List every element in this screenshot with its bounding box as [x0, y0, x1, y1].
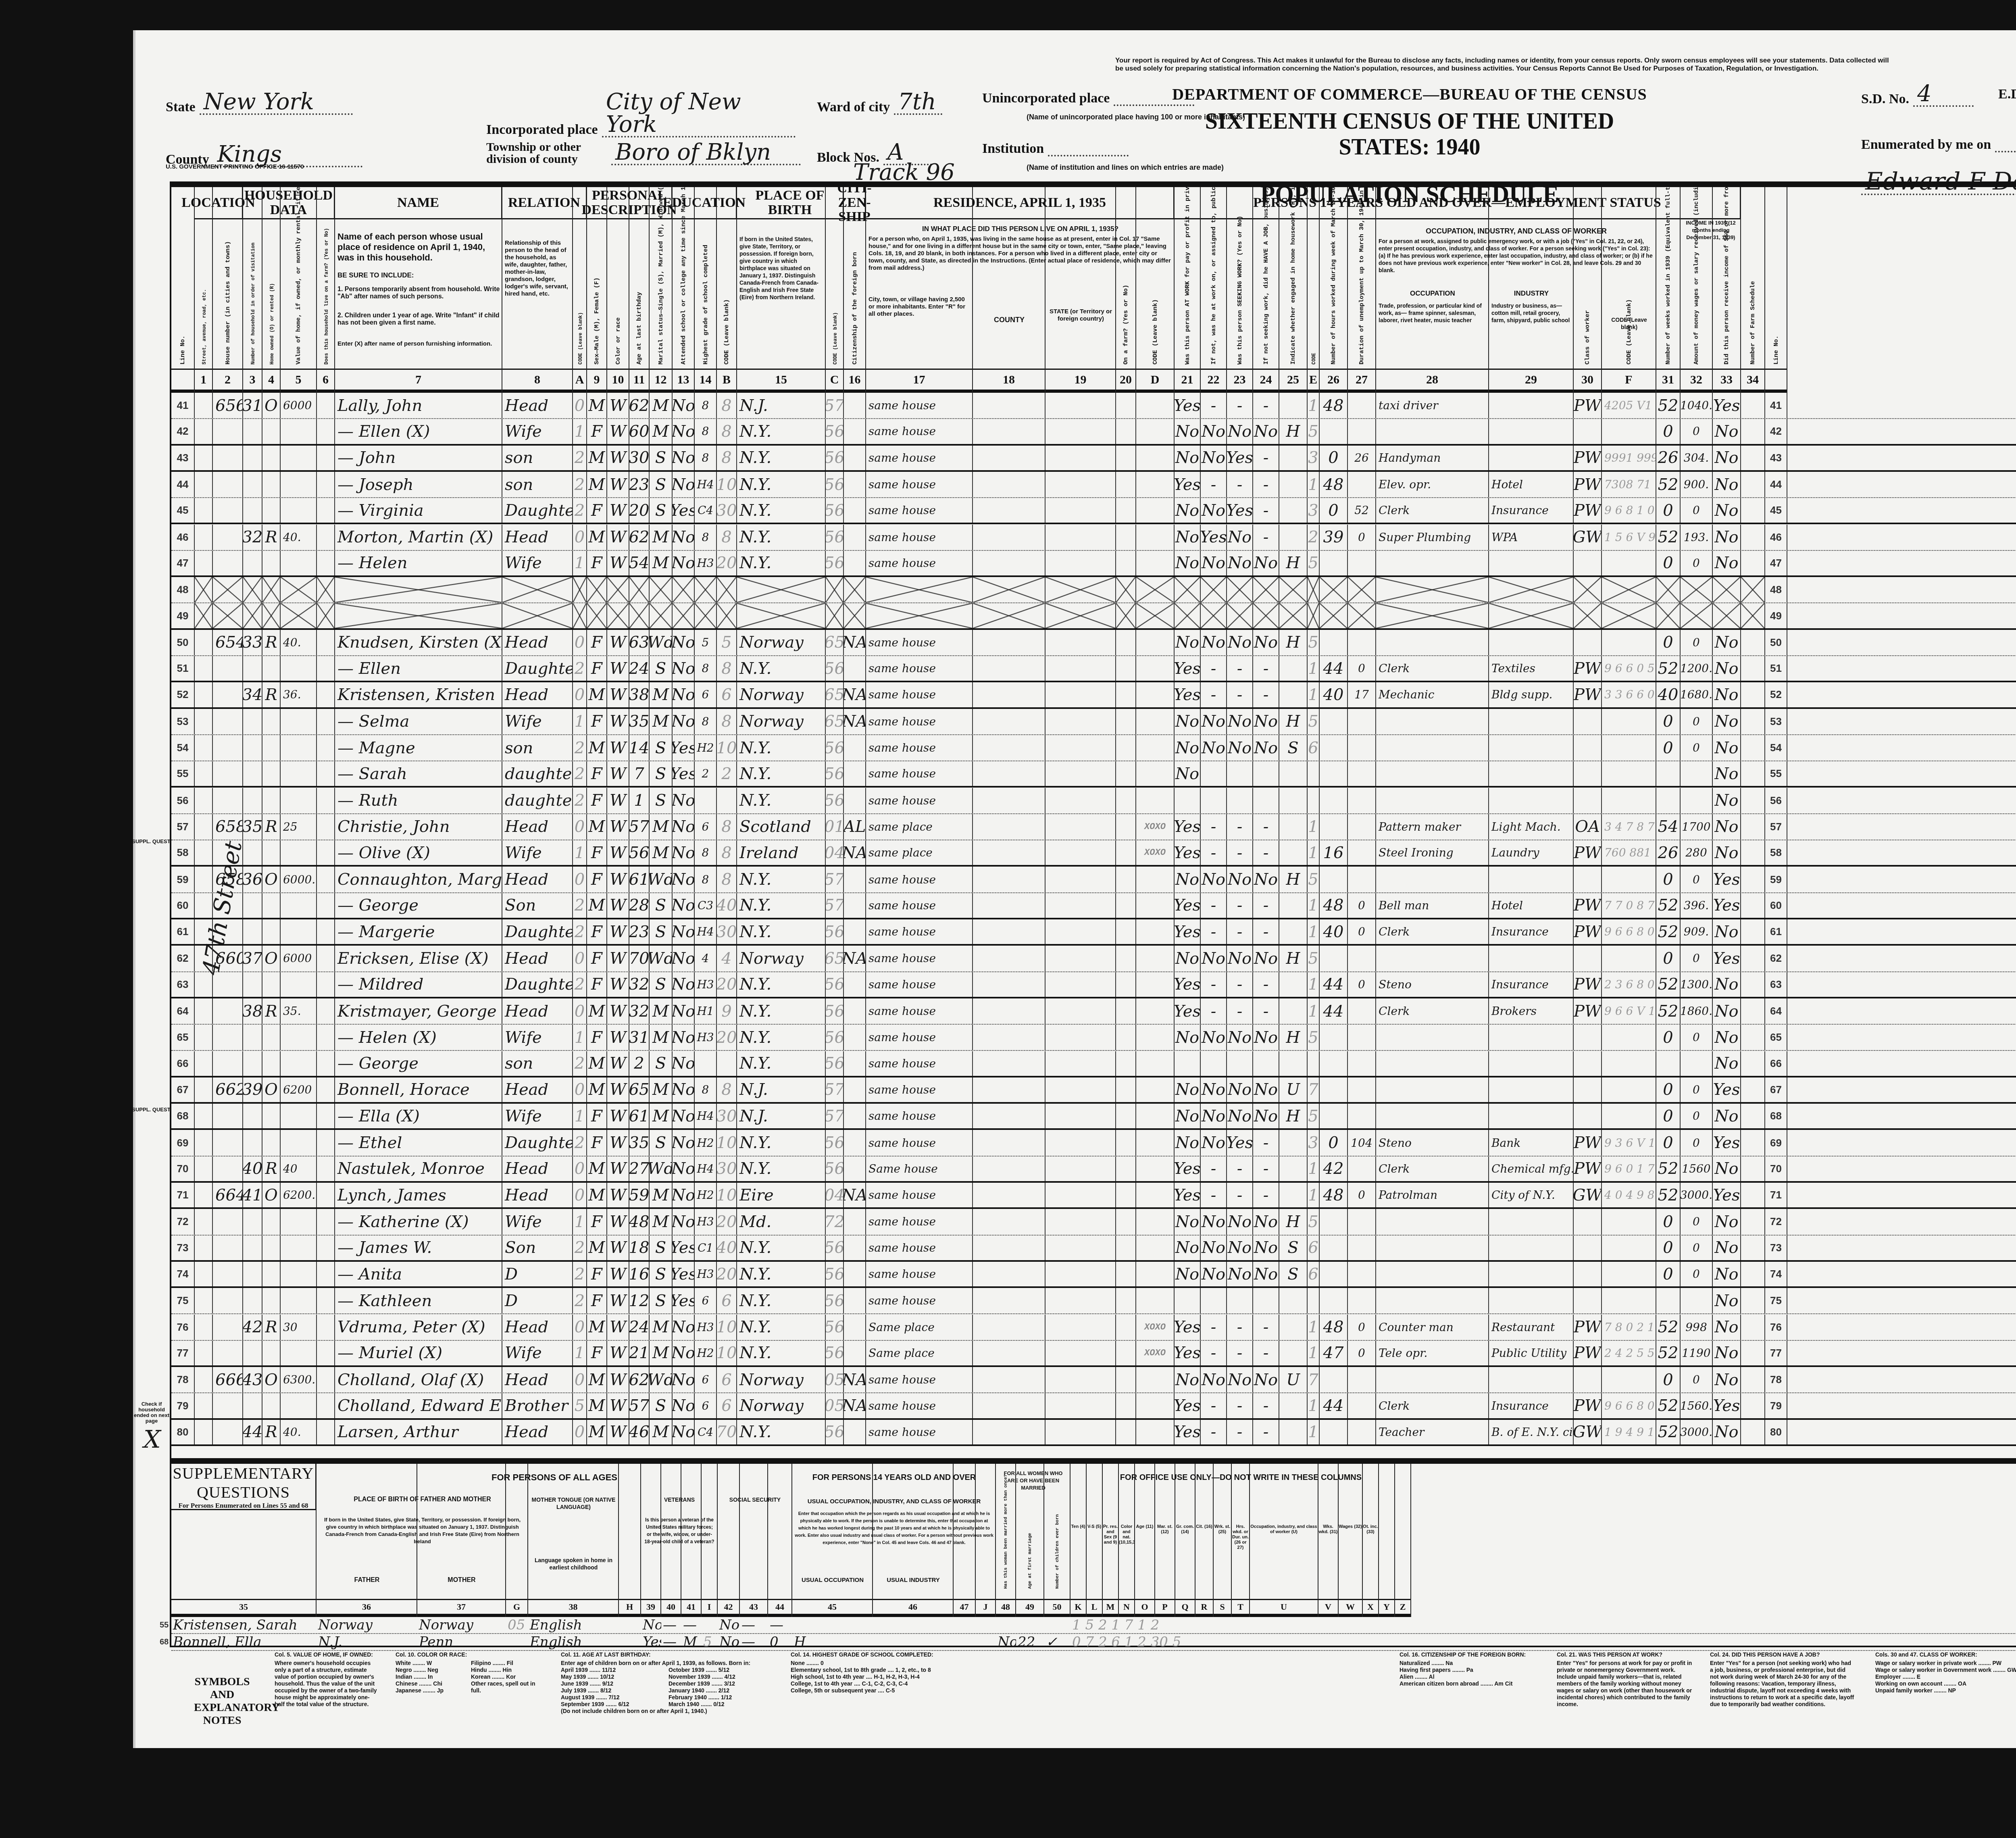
- cell-hh: 42: [243, 1315, 262, 1340]
- cell-farm: [317, 1130, 335, 1155]
- cell-ind: [1489, 551, 1574, 575]
- cell-house: [213, 1025, 243, 1050]
- cell-birth: N.Y.: [737, 446, 826, 470]
- cell-c32: 1200.: [1681, 656, 1713, 681]
- cell-codeF: [1602, 946, 1656, 971]
- cell-grade: [695, 1051, 717, 1076]
- cell-c19: [1045, 630, 1116, 655]
- cell-grade: 8: [695, 1077, 717, 1102]
- cell-occ: [1376, 735, 1489, 761]
- cell-c25: H: [1279, 709, 1308, 734]
- cell-race: W: [607, 998, 629, 1024]
- cell-rel: Head: [502, 1157, 573, 1181]
- cell-c25: S: [1279, 1262, 1308, 1286]
- cell-c32: [1681, 788, 1713, 813]
- supp-cell-code: [506, 1634, 528, 1650]
- cell-c22: No: [1201, 1236, 1227, 1260]
- cell-name: — James W.: [335, 1236, 502, 1260]
- cell-codeB: 6: [717, 1288, 737, 1313]
- supp-cell-office: 1 5 2 1 7 1 2: [1070, 1617, 1353, 1633]
- cell-c24: No: [1253, 1236, 1279, 1260]
- cell-c26: [1320, 1077, 1348, 1102]
- cell-cit: [844, 998, 866, 1024]
- cell-c33: Yes: [1713, 867, 1741, 892]
- cell-line-no: 58: [171, 840, 195, 865]
- cell-c21: Yes: [1175, 972, 1201, 997]
- cell-name: Knudsen, Kirsten (X): [335, 630, 502, 655]
- cell-codeD: [1136, 419, 1175, 444]
- cell-school: No: [673, 472, 695, 497]
- cell-occ: Elev. opr.: [1376, 472, 1489, 497]
- cell-c26: [1320, 1051, 1348, 1076]
- cell-mar: M: [650, 1183, 673, 1207]
- cell-c33: Yes: [1713, 1393, 1741, 1418]
- cell-rel: Head: [502, 1367, 573, 1392]
- cell-street: [195, 525, 213, 550]
- cell-occ: Tele opr.: [1376, 1341, 1489, 1365]
- cell-c27: [1348, 630, 1376, 655]
- cell-c18: [973, 1025, 1045, 1050]
- cell-cls: [1574, 551, 1602, 575]
- cell-c31: 0: [1656, 1236, 1681, 1260]
- cell-own: O: [262, 1183, 281, 1207]
- cell-street: [195, 1393, 213, 1418]
- cell-name: — Anita: [335, 1262, 502, 1286]
- cell-street: [195, 709, 213, 734]
- cell-codeB: 8: [717, 840, 737, 865]
- cell-codeD: XOXO: [1136, 814, 1175, 840]
- supp-column-37: 37: [417, 1464, 506, 1617]
- cell-c18: [973, 709, 1045, 734]
- cell-school: No: [673, 814, 695, 840]
- cell-race: W: [607, 630, 629, 655]
- cell-c21: [1175, 603, 1201, 628]
- cell-c32: 0: [1681, 1236, 1713, 1260]
- cell-c34: [1741, 1262, 1765, 1286]
- cell-race: W: [607, 551, 629, 575]
- column-header-24: If not seeking work, did he HAVE A JOB, …: [1253, 187, 1279, 393]
- cell-res: same house: [866, 1393, 973, 1418]
- cell-codeA: 1: [573, 840, 587, 865]
- cell-c21: No: [1175, 498, 1201, 523]
- note-item: Unpaid family worker ........ NP: [1875, 1687, 2016, 1694]
- cell-c27: [1348, 1420, 1376, 1444]
- cell-codeC: 56: [826, 972, 844, 997]
- cell-value: [281, 972, 317, 997]
- cell-codeC: 56: [826, 735, 844, 761]
- cell-c20: [1116, 656, 1136, 681]
- cell-house: 656: [213, 393, 243, 418]
- cell-c18: [973, 1288, 1045, 1313]
- cell-grade: H1: [695, 998, 717, 1024]
- cell-c31: 52: [1656, 998, 1681, 1024]
- cell-house: [213, 972, 243, 997]
- cell-age: 38: [629, 682, 650, 707]
- cell-c20: [1116, 761, 1136, 786]
- supp-column-H: H: [619, 1464, 641, 1617]
- cell-ind: Insurance: [1489, 498, 1574, 523]
- cell-c26: 39: [1320, 525, 1348, 550]
- cell-own: [262, 840, 281, 865]
- column-header-26: Number of hours worked during week of Ma…: [1320, 187, 1348, 393]
- cell-c26: 47: [1320, 1341, 1348, 1365]
- cell-c26: 48: [1320, 1183, 1348, 1207]
- cell-farm: [317, 1183, 335, 1207]
- cell-occ: [1376, 1262, 1489, 1286]
- cell-rel: Head: [502, 1420, 573, 1444]
- cell-res: same house: [866, 1104, 973, 1128]
- cell-hh: [243, 1393, 262, 1418]
- cell-codeD: [1136, 1183, 1175, 1207]
- cell-codeC: 56: [826, 419, 844, 444]
- supp-cell-code: 05: [506, 1617, 528, 1633]
- cell-codeC: 56: [826, 656, 844, 681]
- table-row: 42— Ellen (X)Wife1FW60MNo88N.Y.56same ho…: [171, 419, 2016, 445]
- cell-age: 31: [629, 1025, 650, 1050]
- cell-res: same house: [866, 1025, 973, 1050]
- cell-c19: [1045, 603, 1116, 628]
- cell-c23: -: [1227, 814, 1253, 840]
- supp-line-no: 68: [155, 1634, 171, 1650]
- cell-cit: [844, 788, 866, 813]
- last-page-mark: X: [144, 1425, 161, 1454]
- note-col5: Col. 5. VALUE OF HOME, IF OWNED: Where o…: [275, 1651, 379, 1708]
- cell-c26: [1320, 603, 1348, 628]
- cell-codeD: XOXO: [1136, 1315, 1175, 1340]
- cell-house: [213, 1051, 243, 1076]
- cell-race: W: [607, 1288, 629, 1313]
- cell-c18: [973, 682, 1045, 707]
- cell-occ: [1376, 709, 1489, 734]
- cell-codeD: [1136, 972, 1175, 997]
- cell-cit: [844, 893, 866, 918]
- cell-c20: [1116, 1077, 1136, 1102]
- cell-c24: -: [1253, 472, 1279, 497]
- cell-school: Yes: [673, 1262, 695, 1286]
- cell-codeE: 6: [1308, 735, 1320, 761]
- cell-c20: [1116, 1315, 1136, 1340]
- cell-hh: [243, 893, 262, 918]
- cell-codeE: 1: [1308, 1315, 1320, 1340]
- cell-race: W: [607, 840, 629, 865]
- cell-grade: 8: [695, 709, 717, 734]
- cell-c31: 52: [1656, 1341, 1681, 1365]
- cell-line-no: 53: [1765, 709, 1787, 734]
- table-row: 77— Muriel (X)Wife1FW21MNoH210N.Y.56Same…: [171, 1341, 2016, 1367]
- cell-cls: [1574, 1262, 1602, 1286]
- cell-school: No: [673, 709, 695, 734]
- cell-school: No: [673, 867, 695, 892]
- cell-grade: 8: [695, 525, 717, 550]
- cell-codeC: 57: [826, 867, 844, 892]
- cell-codeA: 0: [573, 867, 587, 892]
- cell-codeE: 1: [1308, 919, 1320, 944]
- cell-farm: [317, 577, 335, 602]
- cell-value: 6000.: [281, 867, 317, 892]
- cell-codeA: 2: [573, 761, 587, 786]
- cell-c26: 44: [1320, 1393, 1348, 1418]
- cell-name: Ericksen, Elise (X): [335, 946, 502, 971]
- cell-age: 62: [629, 1367, 650, 1392]
- cell-c26: [1320, 709, 1348, 734]
- cell-sex: M: [587, 893, 607, 918]
- cell-name: Connaughton, Margaret: [335, 867, 502, 892]
- supp-column-46: 46: [873, 1464, 954, 1617]
- cell-res: Same place: [866, 1315, 973, 1340]
- cell-name: — Ethel: [335, 1130, 502, 1155]
- cell-c33: No: [1713, 1157, 1741, 1181]
- cell-street: [195, 1420, 213, 1444]
- cell-c18: [973, 1104, 1045, 1128]
- cell-codeE: 5: [1308, 1209, 1320, 1234]
- cell-house: [213, 577, 243, 602]
- cell-rel: Head: [502, 1315, 573, 1340]
- cell-c21: No: [1175, 1209, 1201, 1234]
- cell-line-no: 70: [171, 1157, 195, 1181]
- cell-occ: [1376, 1077, 1489, 1102]
- cell-codeA: 0: [573, 1157, 587, 1181]
- cell-race: W: [607, 1025, 629, 1050]
- cell-mar: S: [650, 1262, 673, 1286]
- cell-ind: Light Mach.: [1489, 814, 1574, 840]
- cell-c20: [1116, 551, 1136, 575]
- cell-own: [262, 919, 281, 944]
- cell-c27: [1348, 840, 1376, 865]
- cell-own: R: [262, 1420, 281, 1444]
- cell-codeA: 0: [573, 525, 587, 550]
- cell-c20: [1116, 840, 1136, 865]
- cell-c33: Yes: [1713, 1130, 1741, 1155]
- cell-c25: S: [1279, 735, 1308, 761]
- cell-c33: No: [1713, 656, 1741, 681]
- cell-codeE: 3: [1308, 446, 1320, 470]
- cell-school: No: [673, 788, 695, 813]
- cell-sex: F: [587, 656, 607, 681]
- cell-codeD: XOXO: [1136, 1341, 1175, 1365]
- cell-c34: [1741, 1315, 1765, 1340]
- cell-c25: U: [1279, 1077, 1308, 1102]
- cell-codeF: [1602, 709, 1656, 734]
- cell-codeF: 3 4 7 8 7 4: [1602, 814, 1656, 840]
- column-header-25: Indicate whether engaged in home housewo…: [1279, 187, 1308, 393]
- cell-c20: [1116, 1183, 1136, 1207]
- cell-c33: No: [1713, 709, 1741, 734]
- note-item: Indian ........ In: [396, 1673, 465, 1680]
- note-item: Alien ........ Al: [1400, 1673, 1537, 1680]
- cell-grade: H3: [695, 551, 717, 575]
- cell-age: 57: [629, 1393, 650, 1418]
- table-row: 4848: [171, 577, 2016, 603]
- cell-c27: [1348, 1367, 1376, 1392]
- cell-birth: Norway: [737, 1393, 826, 1418]
- cell-codeB: 10: [717, 472, 737, 497]
- census-sheet: State New York County Kings Incorporated…: [133, 30, 2016, 1748]
- cell-c21: No: [1175, 525, 1201, 550]
- cell-c33: Yes: [1713, 893, 1741, 918]
- cell-occ: Clerk: [1376, 656, 1489, 681]
- department-title: DEPARTMENT OF COMMERCE—BUREAU OF THE CEN…: [1168, 85, 1652, 104]
- cell-name: Lally, John: [335, 393, 502, 418]
- cell-c20: [1116, 1262, 1136, 1286]
- cell-res: same place: [866, 840, 973, 865]
- cell-cit: [844, 603, 866, 628]
- cell-res: same house: [866, 393, 973, 418]
- cell-codeB: 8: [717, 419, 737, 444]
- cell-street: [195, 761, 213, 786]
- state-field: State New York: [166, 91, 353, 115]
- note-item: Wage or salary worker in Government work…: [1875, 1667, 2016, 1673]
- cell-c20: [1116, 472, 1136, 497]
- cell-value: [281, 603, 317, 628]
- cell-age: 23: [629, 919, 650, 944]
- cell-c23: -: [1227, 656, 1253, 681]
- cell-c34: [1741, 1183, 1765, 1207]
- cell-c25: [1279, 1315, 1308, 1340]
- cell-c31: [1656, 1051, 1681, 1076]
- supp-cell-ss42: No: [718, 1617, 740, 1633]
- cell-name: — Helen: [335, 551, 502, 575]
- cell-name: — Sarah: [335, 761, 502, 786]
- supp-cell-ss42: No: [718, 1634, 740, 1650]
- cell-name: Lynch, James: [335, 1183, 502, 1207]
- cell-c34: [1741, 1236, 1765, 1260]
- supp-cell-tongue: English: [528, 1617, 619, 1633]
- supp-cell-ss43: —: [740, 1634, 768, 1650]
- cell-codeD: [1136, 1157, 1175, 1181]
- cell-codeD: [1136, 998, 1175, 1024]
- note-item: January 1940 ....... 2/12: [669, 1687, 771, 1694]
- cell-codeF: [1602, 630, 1656, 655]
- cell-c34: [1741, 393, 1765, 418]
- cell-c27: [1348, 1025, 1376, 1050]
- cell-cls: PW: [1574, 656, 1602, 681]
- cell-value: [281, 577, 317, 602]
- cell-codeC: 56: [826, 1288, 844, 1313]
- cell-cls: PW: [1574, 498, 1602, 523]
- cell-race: W: [607, 946, 629, 971]
- cell-occ: [1376, 419, 1489, 444]
- cell-c31: [1656, 1288, 1681, 1313]
- cell-age: 62: [629, 525, 650, 550]
- cell-rel: Wife: [502, 840, 573, 865]
- cell-codeD: [1136, 1393, 1175, 1418]
- cell-codeE: 1: [1308, 972, 1320, 997]
- supp-column-49: 49Age at first marriage: [1016, 1464, 1044, 1617]
- cell-codeD: [1136, 867, 1175, 892]
- cell-c22: No: [1201, 1104, 1227, 1128]
- cell-name: — Ella (X): [335, 1104, 502, 1128]
- cell-codeA: 0: [573, 998, 587, 1024]
- cell-c26: 0: [1320, 498, 1348, 523]
- cell-race: [607, 577, 629, 602]
- cell-race: W: [607, 788, 629, 813]
- cell-birth: N.Y.: [737, 1341, 826, 1365]
- cell-race: W: [607, 867, 629, 892]
- cell-c19: [1045, 1288, 1116, 1313]
- cell-c24: No: [1253, 1077, 1279, 1102]
- cell-codeC: 56: [826, 761, 844, 786]
- cell-c18: [973, 1157, 1045, 1181]
- cell-cls: [1574, 1209, 1602, 1234]
- cell-birth: N.Y.: [737, 788, 826, 813]
- cell-street: [195, 735, 213, 761]
- cell-c21: No: [1175, 709, 1201, 734]
- column-header-line: Line No.: [1765, 187, 1787, 393]
- cell-birth: N.J.: [737, 1077, 826, 1102]
- cell-house: [213, 1341, 243, 1365]
- cell-c24: -: [1253, 446, 1279, 470]
- cell-value: [281, 1341, 317, 1365]
- cell-rel: Head: [502, 814, 573, 840]
- cell-cls: PW: [1574, 1315, 1602, 1340]
- cell-codeD: [1136, 1104, 1175, 1128]
- cell-codeC: 56: [826, 1262, 844, 1286]
- cell-street: [195, 498, 213, 523]
- cell-c32: 3000.: [1681, 1183, 1713, 1207]
- cell-birth: N.Y.: [737, 1130, 826, 1155]
- cell-codeB: 9: [717, 998, 737, 1024]
- cell-house: [213, 1104, 243, 1128]
- cell-own: [262, 498, 281, 523]
- cell-codeC: 65: [826, 682, 844, 707]
- cell-occ: Handyman: [1376, 446, 1489, 470]
- cell-c20: [1116, 709, 1136, 734]
- table-row: 73— James W.Son2MW18SYesC140N.Y.56same h…: [171, 1236, 2016, 1262]
- cell-c27: 0: [1348, 1341, 1376, 1365]
- cell-codeF: 9 6 6 8 0 1: [1602, 1393, 1656, 1418]
- table-row: 65— Helen (X)Wife1FW31MNoH320N.Y.56same …: [171, 1025, 2016, 1051]
- cell-c31: 0: [1656, 630, 1681, 655]
- cell-own: [262, 1209, 281, 1234]
- enumerated-field: Enumerated by me on , 1940.: [1861, 137, 2016, 152]
- cell-school: No: [673, 630, 695, 655]
- note-col11: Col. 11. AGE AT LAST BIRTHDAY: Enter age…: [561, 1651, 771, 1715]
- cell-value: [281, 551, 317, 575]
- cell-codeE: 1: [1308, 1183, 1320, 1207]
- cell-c31: 52: [1656, 1183, 1681, 1207]
- cell-c34: [1741, 498, 1765, 523]
- supp-column-S: SWrk. st. (25): [1214, 1464, 1232, 1617]
- cell-line-no: 49: [1765, 603, 1787, 628]
- cell-c19: [1045, 577, 1116, 602]
- cell-cls: PW: [1574, 446, 1602, 470]
- cell-c32: 0: [1681, 419, 1713, 444]
- cell-c34: [1741, 946, 1765, 971]
- cell-cls: [1574, 419, 1602, 444]
- cell-grade: H2: [695, 1341, 717, 1365]
- cell-school: No: [673, 419, 695, 444]
- cell-c32: [1681, 1288, 1713, 1313]
- cell-sex: F: [587, 1209, 607, 1234]
- cell-cit: [844, 972, 866, 997]
- cell-cls: [1574, 1367, 1602, 1392]
- cell-name: — Ellen: [335, 656, 502, 681]
- cell-house: [213, 603, 243, 628]
- name-include-text: BE SURE TO INCLUDE:: [335, 272, 502, 279]
- cell-c18: [973, 998, 1045, 1024]
- cell-occ: [1376, 761, 1489, 786]
- cell-c22: [1201, 761, 1227, 786]
- cell-rel: [502, 603, 573, 628]
- cell-line-no: 51: [1765, 656, 1787, 681]
- cell-c20: [1116, 919, 1136, 944]
- cell-c33: No: [1713, 630, 1741, 655]
- cell-sex: M: [587, 472, 607, 497]
- cell-farm: [317, 1051, 335, 1076]
- cell-house: [213, 998, 243, 1024]
- cell-cit: [844, 577, 866, 602]
- cell-mar: S: [650, 446, 673, 470]
